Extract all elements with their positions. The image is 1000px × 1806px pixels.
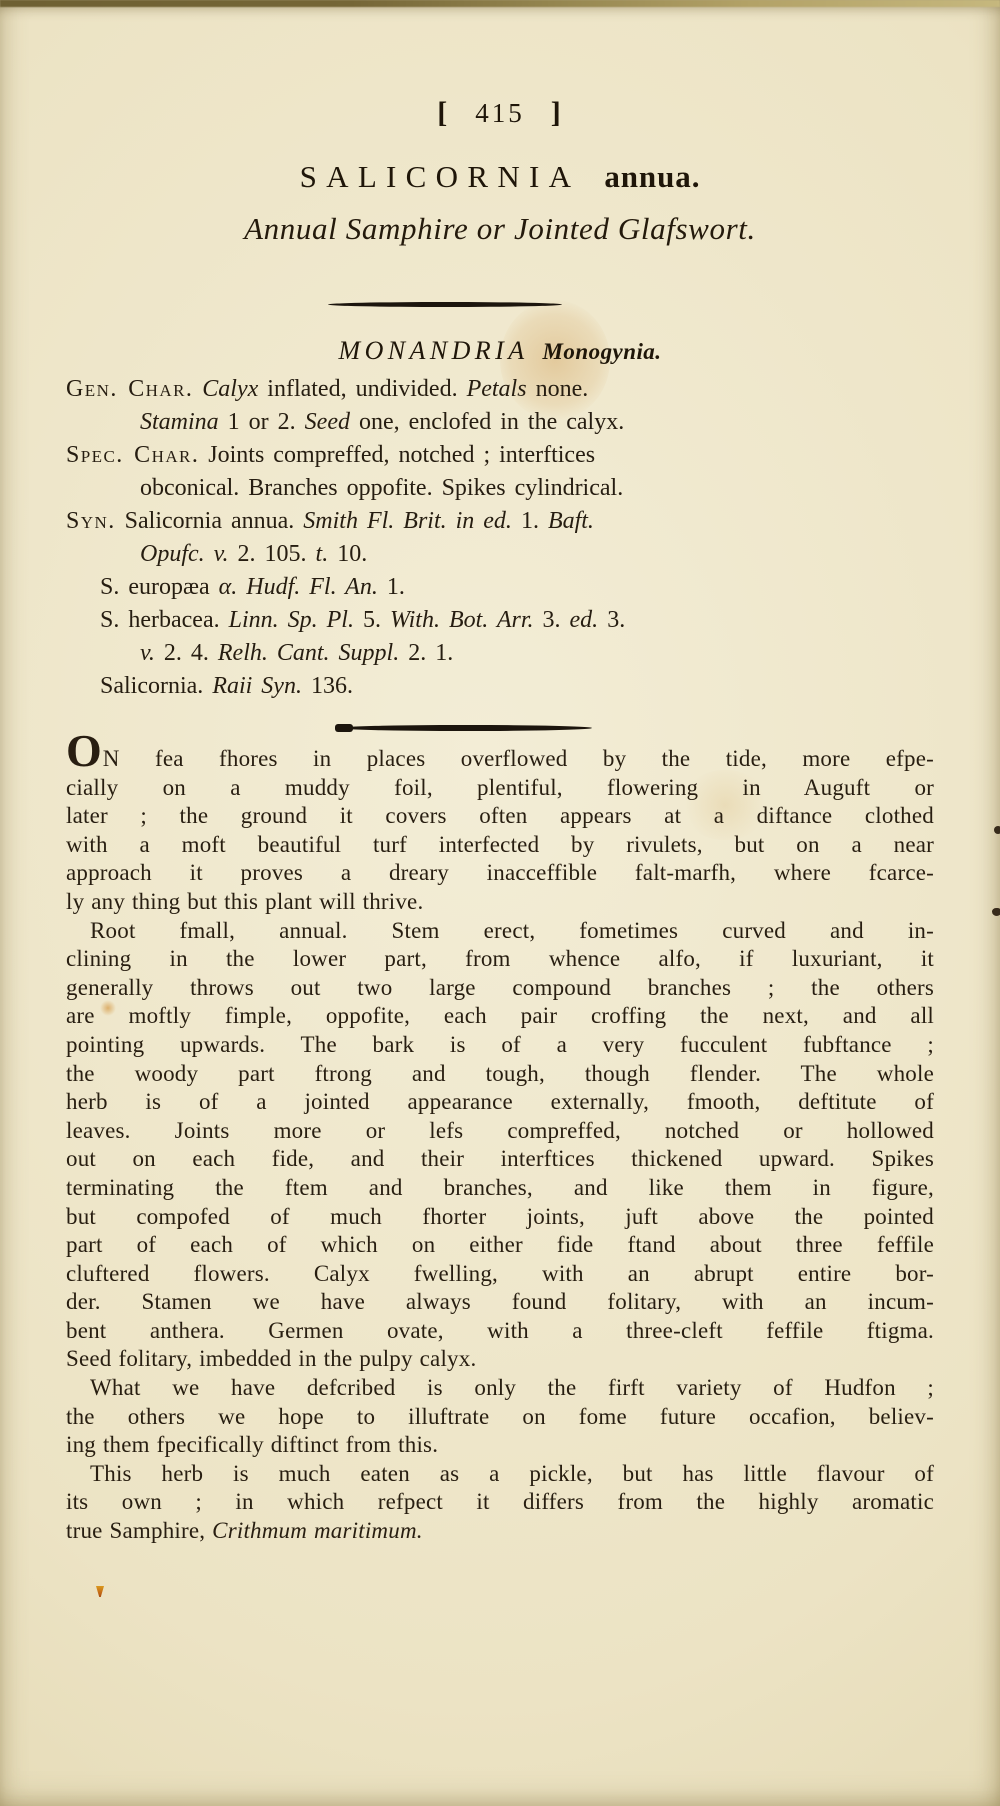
text-segment: Baft. [548,508,594,534]
text-line: part of each of which on either fide fta… [66,1231,934,1260]
text-segment: With. Bot. Arr. [390,607,534,633]
taxonomy-line: MONANDRIAMonogynia. [66,333,934,373]
text-line: terminating the ftem and branches, and l… [66,1174,934,1203]
text-segment: bent anthera. Germen ovate, with a three… [66,1318,934,1343]
text-line: its own ; in which refpect it differs fr… [66,1488,934,1517]
text-segment: 3. [598,607,625,633]
text-segment: der. Stamen we have always found folitar… [66,1289,934,1314]
text-segment: approach it proves a dreary inacceffible… [66,860,934,885]
text-segment: inflated, undivided. [258,376,466,402]
page-number-value: 415 [475,98,525,128]
text-segment: its own ; in which refpect it differs fr… [66,1489,934,1514]
text-segment: one, enclofed in the calyx. [350,409,624,435]
synonym-line: v. 2. 4. Relh. Cant. Suppl. 2. 1. [66,637,934,670]
linnaean-class: MONANDRIA [339,336,529,365]
synonym-line: Stamina 1 or 2. Seed one, enclofed in th… [66,406,934,439]
text-segment [193,376,202,402]
text-segment: 3. [534,607,570,633]
synonym-line: Syn. Salicornia annua. Smith Fl. Brit. i… [66,505,934,538]
text-segment: out on each fide, and their interftices … [66,1146,934,1171]
paragraph: This herb is much eaten as a pickle, but… [66,1460,934,1546]
text-line: der. Stamen we have always found folitar… [66,1288,934,1317]
text-segment: generally throws out two large compound … [66,975,934,1000]
text-line: What we have defcribed is only the firft… [66,1374,934,1403]
synonym-line: S. europæa α. Hudf. Fl. An. 1. [66,571,934,604]
text-segment: 136. [302,673,353,699]
text-segment: true Samphire, [66,1518,212,1543]
page-number-bracket-right: ] [551,96,563,129]
page-content: [415] SALICORNIAannua. Annual Samphire o… [0,0,1000,1546]
text-segment: 1. [512,508,548,534]
text-line: the others we hope to illuftrate on fome… [66,1403,934,1432]
text-segment: S. europæa [100,574,219,600]
text-segment: 10. [328,541,367,567]
text-line: ON fea fhores in places overflowed by th… [66,745,934,774]
text-segment: 5. [354,607,390,633]
text-line: generally throws out two large compound … [66,974,934,1003]
linnaean-order: Monogynia. [543,339,662,364]
text-segment: Seed [305,409,350,435]
text-line: clining in the lower part, from whence a… [66,945,934,974]
text-segment: N fea fhores in places overflowed by the… [103,746,934,771]
text-segment: Syn. [66,508,116,534]
description-body: ON fea fhores in places overflowed by th… [66,745,934,1546]
text-segment: ed. [570,607,599,633]
book-page: [415] SALICORNIAannua. Annual Samphire o… [0,0,1000,1806]
page-number-bracket-left: [ [437,96,449,129]
text-segment: 1. [378,574,405,600]
common-name-subtitle: Annual Samphire or Jointed Glafswort. [66,208,934,250]
text-segment: part of each of which on either fide fta… [66,1232,934,1257]
synonym-line: Spec. Char. Joints compreffed, notched ;… [66,439,934,472]
text-segment: obconical. Branches oppofite. Spikes cyl… [140,475,623,501]
paragraph: What we have defcribed is only the firft… [66,1374,934,1460]
synonym-line: S. herbacea. Linn. Sp. Pl. 5. With. Bot.… [66,604,934,637]
text-segment: 2. 105. [229,541,316,567]
text-segment: α. [219,574,238,600]
text-line: ing them fpecifically diftinct from this… [66,1431,934,1460]
text-segment: terminating the ftem and branches, and l… [66,1175,934,1200]
text-segment: t. [316,541,329,567]
text-line: pointing upwards. The bark is of a very … [66,1031,934,1060]
text-segment: Smith Fl. Brit. in ed. [303,508,512,534]
text-segment: Relh. Cant. Suppl. [218,640,399,666]
text-line: with a moft beautiful turf interfected b… [66,831,934,860]
text-segment: cially on a muddy foil, plentiful, flowe… [66,775,934,800]
text-segment: v. [140,640,155,666]
text-segment: Linn. Sp. Pl. [229,607,354,633]
text-segment: the others we hope to illuftrate on fome… [66,1404,934,1429]
text-segment: leaves. Joints more or lefs compreffed, … [66,1118,934,1143]
synonym-line: Salicornia. Raii Syn. 136. [66,670,934,703]
ink-speck-dark [994,826,1000,834]
drop-cap: O [66,725,103,776]
text-segment: Salicornia. [100,673,212,699]
text-segment: Seed folitary, imbedded in the pulpy cal… [66,1346,476,1371]
text-segment: 2. 1. [399,640,453,666]
text-line: approach it proves a dreary inacceffible… [66,859,934,888]
text-line: the woody part ftrong and tough, though … [66,1060,934,1089]
synopsis-block: Gen. Char. Calyx inflated, undivided. Pe… [66,373,934,703]
text-segment: S. herbacea. [100,607,229,633]
text-segment: Salicornia annua. [116,508,304,534]
text-segment: Joints compreffed, notched ; interftices [199,442,595,468]
text-line: but compofed of much fhorter joints, juf… [66,1203,934,1232]
text-segment: clining in the lower part, from whence a… [66,946,934,971]
paragraph: Root fmall, annual. Stem erect, fometime… [66,917,934,1375]
text-segment: Root fmall, annual. Stem erect, fometime… [90,918,934,943]
text-segment: herb is of a jointed appearance external… [66,1089,934,1114]
text-segment: the woody part ftrong and tough, though … [66,1061,934,1086]
text-segment: What we have defcribed is only the firft… [90,1375,934,1400]
text-line: herb is of a jointed appearance external… [66,1088,934,1117]
text-segment: pointing upwards. The bark is of a very … [66,1032,934,1057]
text-segment: ing them fpecifically diftinct from this… [66,1432,438,1457]
text-line: Root fmall, annual. Stem erect, fometime… [66,917,934,946]
text-line: are moftly fimple, oppofite, each pair c… [66,1002,934,1031]
species-title: SALICORNIAannua. [66,156,934,198]
text-segment: Opufc. v. [140,541,229,567]
synonym-line: Gen. Char. Calyx inflated, undivided. Pe… [66,373,934,406]
text-segment: Gen. Char. [66,376,193,402]
text-segment: Raii Syn. [212,673,302,699]
text-segment [237,574,246,600]
text-segment: 2. 4. [155,640,218,666]
text-line: ly any thing but this plant will thrive. [66,888,934,917]
text-line: out on each fide, and their interftices … [66,1145,934,1174]
text-segment: Stamina [140,409,219,435]
text-line: Seed folitary, imbedded in the pulpy cal… [66,1345,934,1374]
synonym-line: Opufc. v. 2. 105. t. 10. [66,538,934,571]
text-segment: 1 or 2. [219,409,305,435]
swell-rule-middle [338,725,592,731]
text-segment: are moftly fimple, oppofite, each pair c… [66,1003,934,1028]
text-segment: later ; the ground it covers often appea… [66,803,934,828]
text-segment: but compofed of much fhorter joints, juf… [66,1204,934,1229]
text-line: cially on a muddy foil, plentiful, flowe… [66,774,934,803]
page-number: [415] [66,96,934,130]
ink-speck-dark [992,908,1000,916]
text-segment: Hudf. Fl. An. [246,574,378,600]
text-line: This herb is much eaten as a pickle, but… [66,1460,934,1489]
text-line: bent anthera. Germen ovate, with a three… [66,1317,934,1346]
text-segment: Petals [467,376,527,402]
text-segment: cluftered flowers. Calyx fwelling, with … [66,1261,934,1286]
text-line: cluftered flowers. Calyx fwelling, with … [66,1260,934,1289]
text-segment: ly any thing but this plant will thrive. [66,889,423,914]
text-line: true Samphire, Crithmum maritimum. [66,1517,934,1546]
text-line: later ; the ground it covers often appea… [66,802,934,831]
species-epithet: annua. [604,159,700,194]
text-line: leaves. Joints more or lefs compreffed, … [66,1117,934,1146]
text-segment: none. [527,376,589,402]
text-segment: This herb is much eaten as a pickle, but… [90,1461,934,1486]
text-segment: Spec. Char. [66,442,199,468]
text-segment: with a moft beautiful turf interfected b… [66,832,934,857]
genus-name: SALICORNIA [300,159,581,194]
synonym-line: obconical. Branches oppofite. Spikes cyl… [66,472,934,505]
paragraph: ON fea fhores in places overflowed by th… [66,745,934,917]
ink-speck-orange [96,1586,104,1597]
text-segment: Crithmum maritimum. [212,1518,423,1543]
swell-rule-top [328,302,562,307]
text-segment: Calyx [202,376,258,402]
